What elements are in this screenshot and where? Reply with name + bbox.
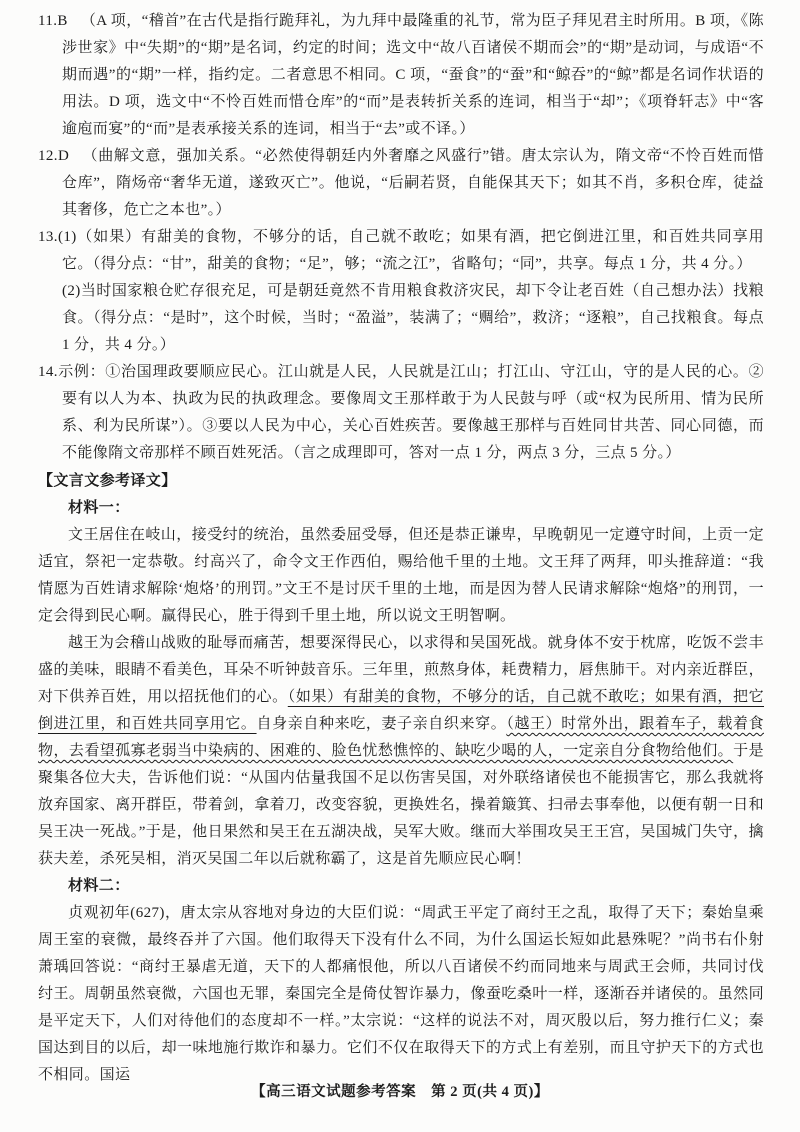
- translation-section-heading: 【文言文参考译文】: [38, 468, 764, 495]
- answer-13-part-1-text: (1)（如果）有甜美的食物，不够分的话，自己就不敢吃；如果有酒，把它倒进江里，和…: [58, 229, 764, 272]
- answer-14-number: 14.: [38, 364, 58, 380]
- answer-11-text: （A 项，“稽首”在古代是指行跪拜礼，为九拜中最隆重的礼节，常为臣子拜见君主时所…: [62, 13, 764, 137]
- answer-13-part-2: (2)当时国家粮仓贮存很充足，可是朝廷竟然不肯用粮食救济灾民，却下令让老百姓（自…: [62, 278, 764, 359]
- answer-11-number: 11.B: [38, 13, 68, 29]
- answer-13-number: 13.: [38, 229, 58, 245]
- material-2-title: 材料二：: [38, 873, 764, 900]
- material-1-paragraph-2: 越王为会稽山战败的耻辱而痛苦，想要深得民心，以求得和吴国死战。就身体不安于枕席，…: [38, 630, 764, 873]
- answer-item-11: 11.B（A 项，“稽首”在古代是指行跪拜礼，为九拜中最隆重的礼节，常为臣子拜见…: [38, 8, 764, 143]
- material-1-paragraph-1: 文王居住在岐山，接受纣的统治，虽然委屈受辱，但还是恭正谦卑，早晚朝见一定遵守时间…: [38, 522, 764, 630]
- answer-12-number: 12.D: [38, 148, 69, 164]
- answer-12-text: （曲解文意，强加关系。“必然使得朝廷内外奢靡之风盛行”错。唐太宗认为，隋文帝“不…: [62, 148, 764, 218]
- answer-item-13: 13.(1)（如果）有甜美的食物，不够分的话，自己就不敢吃；如果有酒，把它倒进江…: [38, 224, 764, 359]
- page-footer-text: 【高三语文试题参考答案 第 2 页(共 4 页)】: [251, 1084, 549, 1100]
- page-footer: 【高三语文试题参考答案 第 2 页(共 4 页)】: [0, 1079, 800, 1106]
- material-2-paragraph-1: 贞观初年(627)，唐太宗从容地对身边的大臣们说：“周武王平定了商纣王之乱，取得…: [38, 900, 764, 1089]
- exam-answer-page: 11.B（A 项，“稽首”在古代是指行跪拜礼，为九拜中最隆重的礼节，常为臣子拜见…: [0, 0, 800, 1132]
- answer-item-12: 12.D（曲解文意，强加关系。“必然使得朝廷内外奢靡之风盛行”错。唐太宗认为，隋…: [38, 143, 764, 224]
- answer-item-14: 14.示例：①治国理政要顺应民心。江山就是人民，人民就是江山；打江山、守江山，守…: [38, 359, 764, 467]
- material-1-title: 材料一：: [38, 495, 764, 522]
- answer-14-text: 示例：①治国理政要顺应民心。江山就是人民，人民就是江山；打江山、守江山，守的是人…: [58, 364, 764, 461]
- answer-13-part-1: 13.(1)（如果）有甜美的食物，不够分的话，自己就不敢吃；如果有酒，把它倒进江…: [38, 224, 764, 278]
- paragraph-segment: 于是聚集各位大夫，告诉他们说：“从国内估量我国不足以伤害吴国，对外联络诸侯也不能…: [38, 743, 764, 867]
- paragraph-segment: 自身亲自种来吃，妻子亲自织来穿。: [257, 716, 507, 732]
